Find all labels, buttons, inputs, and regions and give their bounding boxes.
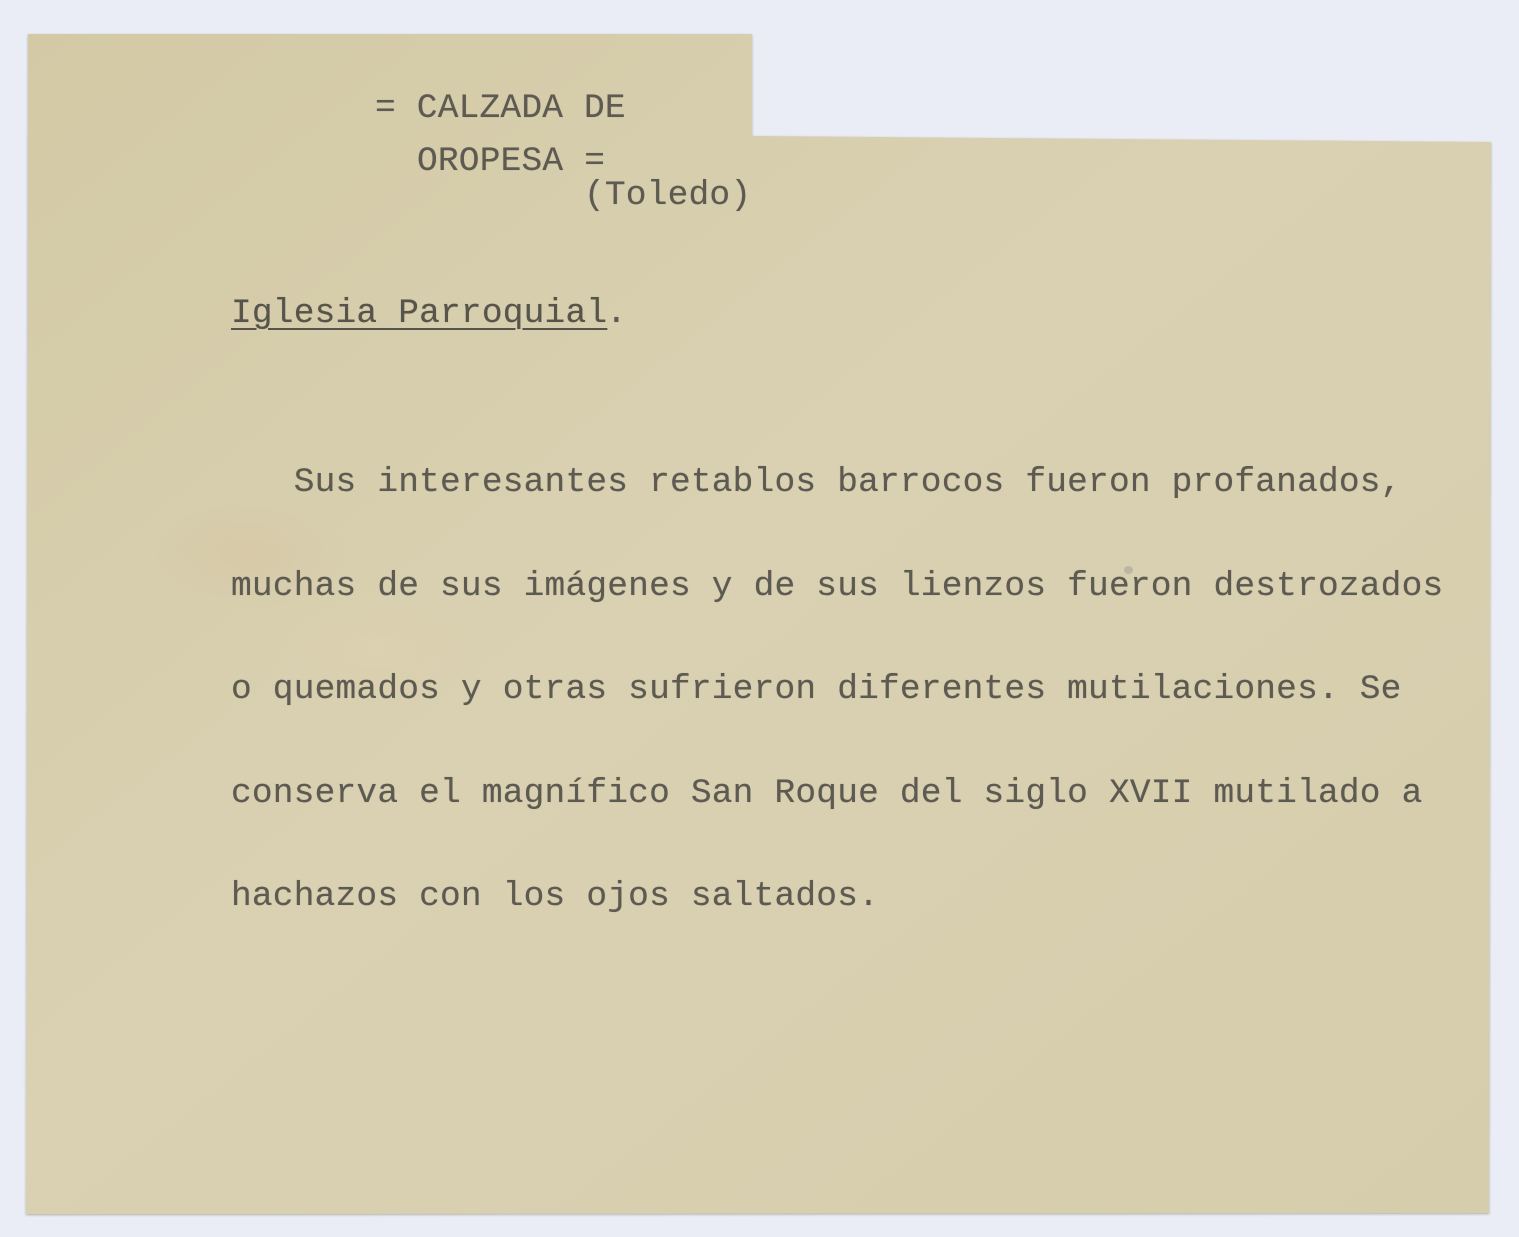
body-line: Sus interesantes retablos barrocos fuero… — [231, 466, 1443, 501]
province-label: (Toledo) — [584, 179, 751, 214]
body-paragraph: Sus interesantes retablos barrocos fuero… — [231, 397, 1443, 984]
body-line: o quemados y otras sufrieron diferentes … — [231, 673, 1443, 708]
place-name-line-1: = CALZADA DE — [375, 92, 626, 127]
section-title-period: . — [606, 297, 627, 332]
body-line: muchas de sus imágenes y de sus lienzos … — [231, 570, 1443, 605]
body-line: hachazos con los ojos saltados. — [231, 880, 1443, 915]
index-card: = CALZADA DE OROPESA = (Toledo) Iglesia … — [0, 0, 1519, 1237]
body-line: conserva el magnífico San Roque del sigl… — [231, 777, 1443, 812]
place-name-line-2: OROPESA = — [417, 145, 605, 180]
section-title: Iglesia Parroquial — [231, 297, 607, 332]
